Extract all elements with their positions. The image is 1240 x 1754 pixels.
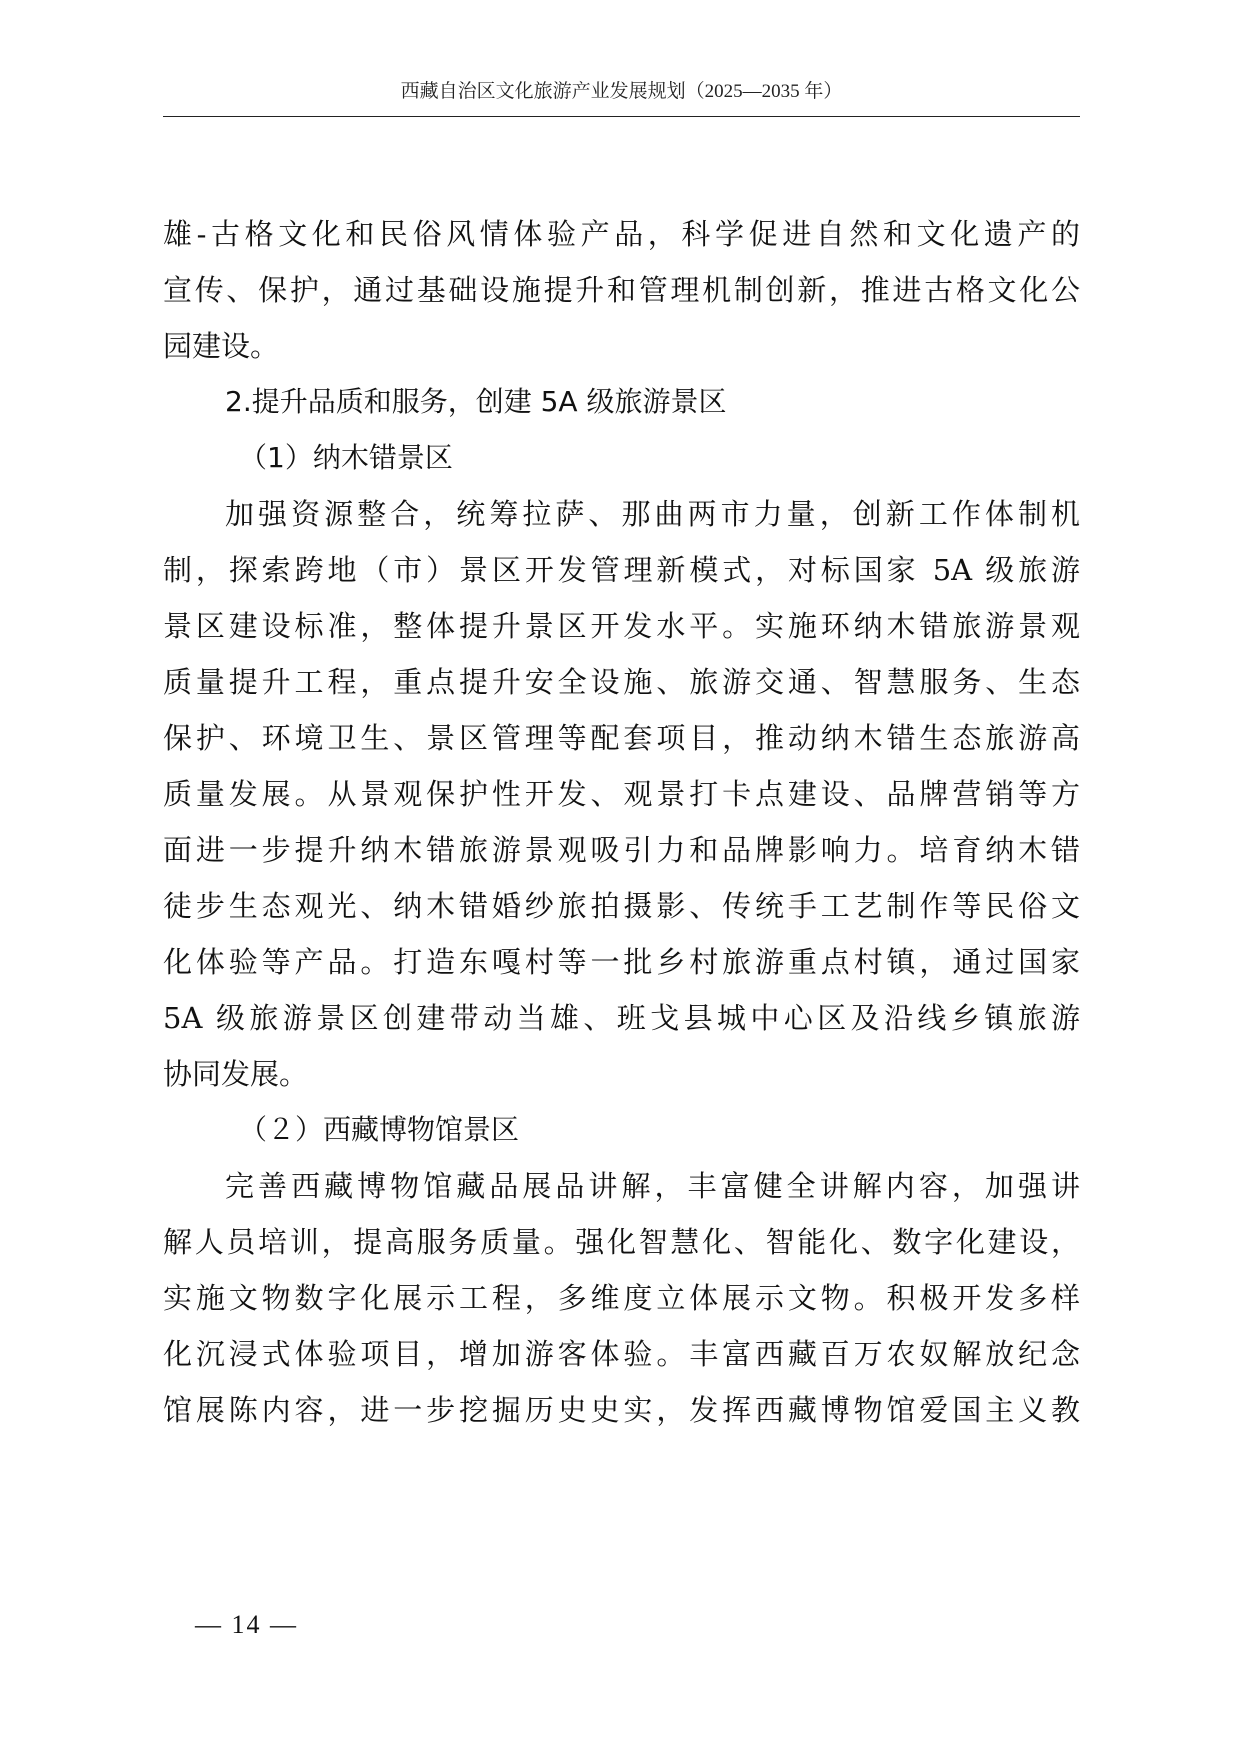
paragraph-line: 馆展陈内容，进一步挖掘历史史实，发挥西藏博物馆爱国主义教 bbox=[163, 1382, 1080, 1438]
paragraph-line: 宣传、保护，通过基础设施提升和管理机制创新，推进古格文化公 bbox=[163, 262, 1080, 318]
paragraph-line: 景区建设标准，整体提升景区开发水平。实施环纳木错旅游景观 bbox=[163, 598, 1080, 654]
document-body: 雄-古格文化和民俗风情体验产品，科学促进自然和文化遗产的 宣传、保护，通过基础设… bbox=[163, 206, 1080, 1438]
subsection-heading: （1）纳木错景区 bbox=[163, 430, 1080, 486]
paragraph-line: 保护、环境卫生、景区管理等配套项目，推动纳木错生态旅游高 bbox=[163, 710, 1080, 766]
paragraph-line: 协同发展。 bbox=[163, 1046, 1080, 1102]
paragraph-line: 解人员培训，提高服务质量。强化智慧化、智能化、数字化建设， bbox=[163, 1214, 1080, 1270]
paragraph-line: 雄-古格文化和民俗风情体验产品，科学促进自然和文化遗产的 bbox=[163, 206, 1080, 262]
paragraph-line: 加强资源整合，统筹拉萨、那曲两市力量，创新工作体制机 bbox=[163, 486, 1080, 542]
paragraph-line: 化体验等产品。打造东嘎村等一批乡村旅游重点村镇，通过国家 bbox=[163, 934, 1080, 990]
paragraph-line: 面进一步提升纳木错旅游景观吸引力和品牌影响力。培育纳木错 bbox=[163, 822, 1080, 878]
header-divider bbox=[163, 116, 1080, 117]
paragraph-line: 化沉浸式体验项目，增加游客体验。丰富西藏百万农奴解放纪念 bbox=[163, 1326, 1080, 1382]
paragraph-line: 徒步生态观光、纳木错婚纱旅拍摄影、传统手工艺制作等民俗文 bbox=[163, 878, 1080, 934]
paragraph-line: 实施文物数字化展示工程，多维度立体展示文物。积极开发多样 bbox=[163, 1270, 1080, 1326]
paragraph-line: 5A 级旅游景区创建带动当雄、班戈县城中心区及沿线乡镇旅游 bbox=[163, 990, 1080, 1046]
running-header: 西藏自治区文化旅游产业发展规划（2025—2035 年） bbox=[163, 80, 1080, 104]
subsection-heading: （２）西藏博物馆景区 bbox=[163, 1102, 1080, 1158]
paragraph-line: 质量提升工程，重点提升安全设施、旅游交通、智慧服务、生态 bbox=[163, 654, 1080, 710]
paragraph-line: 园建设。 bbox=[163, 318, 1080, 374]
paragraph-line: 质量发展。从景观保护性开发、观景打卡点建设、品牌营销等方 bbox=[163, 766, 1080, 822]
section-heading: 2.提升品质和服务，创建 5A 级旅游景区 bbox=[163, 374, 1080, 430]
paragraph-line: 完善西藏博物馆藏品展品讲解，丰富健全讲解内容，加强讲 bbox=[163, 1158, 1080, 1214]
paragraph-line: 制，探索跨地（市）景区开发管理新模式，对标国家 5A 级旅游 bbox=[163, 542, 1080, 598]
page-number: — 14 — bbox=[195, 1610, 298, 1640]
